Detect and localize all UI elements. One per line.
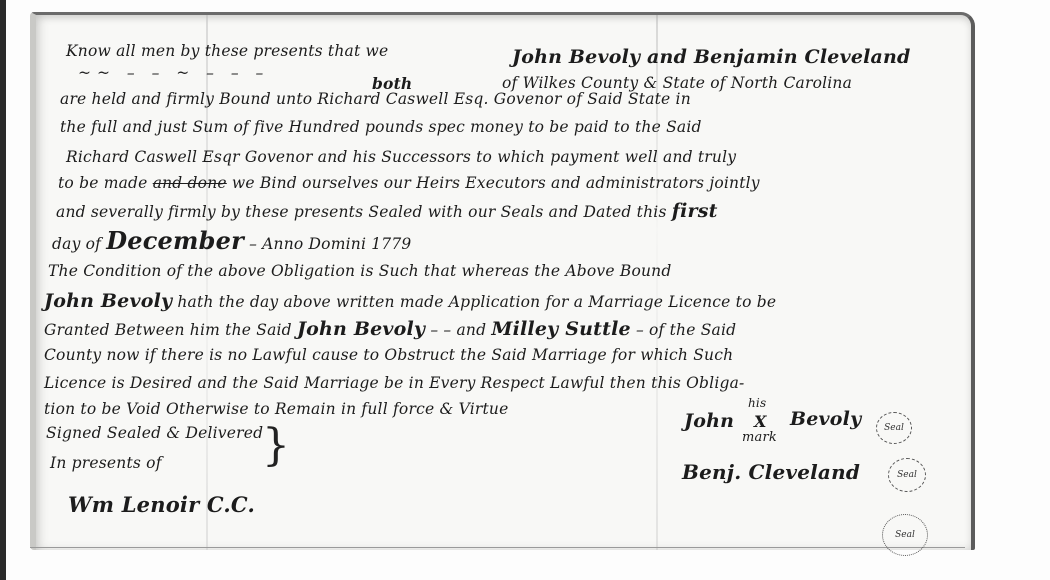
page-bottom-edge [30, 547, 965, 548]
text-line-6: and severally firmly by these presents S… [56, 200, 718, 222]
signer-1-first-name: John [684, 410, 734, 432]
signer-2-signature: Benj. Cleveland [682, 460, 860, 484]
condition-line-6: tion to be Void Otherwise to Remain in f… [44, 400, 508, 418]
scan-edge-strip [0, 0, 6, 580]
corner-seal: Seal [882, 514, 928, 556]
line-filler-dashes: ~~ – – ~ – – – [78, 64, 269, 82]
signer-1-his: his [748, 396, 766, 410]
year-date: Anno Domini 1779 [262, 235, 411, 253]
groom-name-repeat: John Bevoly [297, 318, 425, 340]
presence-label: In presents of [50, 454, 162, 472]
signer-2-seal: Seal [888, 458, 926, 492]
signer-1-last-name: Bevoly [790, 408, 861, 430]
condition-line-1: The Condition of the above Obligation is… [48, 262, 672, 280]
condition-line-4: County now if there is no Lawful cause t… [44, 346, 733, 364]
principals-names: John Bevoly and Benjamin Cleveland [512, 46, 911, 68]
text-line-7: day of December – Anno Domini 1779 [52, 226, 412, 255]
both-word: both [372, 74, 412, 93]
bride-name: Milley Suttle [491, 318, 630, 340]
condition-line-3: Granted Between him the Said John Bevoly… [44, 318, 736, 340]
county-state: of Wilkes County & State of North Caroli… [502, 74, 852, 92]
struck-text: and done [153, 174, 227, 192]
brace-glyph: } [262, 420, 290, 471]
condition-line-5: Licence is Desired and the Said Marriage… [44, 374, 745, 392]
groom-name: John Bevoly [44, 290, 172, 312]
signed-sealed-label: Signed Sealed & Delivered [46, 424, 263, 442]
text-line-4: Richard Caswell Esqr Govenor and his Suc… [66, 148, 736, 166]
condition-line-2: John Bevoly hath the day above written m… [44, 290, 776, 312]
day-ordinal: first [672, 200, 718, 222]
signer-1-mark-label: mark [742, 430, 777, 445]
month-name: December [106, 226, 244, 255]
text-line-3: the full and just Sum of five Hundred po… [60, 118, 702, 136]
text-line-5: to be made and done we Bind ourselves ou… [58, 174, 760, 192]
signer-1-seal: Seal [876, 412, 912, 444]
signer-1-mark-x: X [754, 412, 767, 431]
text-line-1: Know all men by these presents that we [66, 42, 388, 60]
witness-signature: Wm Lenoir C.C. [68, 492, 255, 517]
